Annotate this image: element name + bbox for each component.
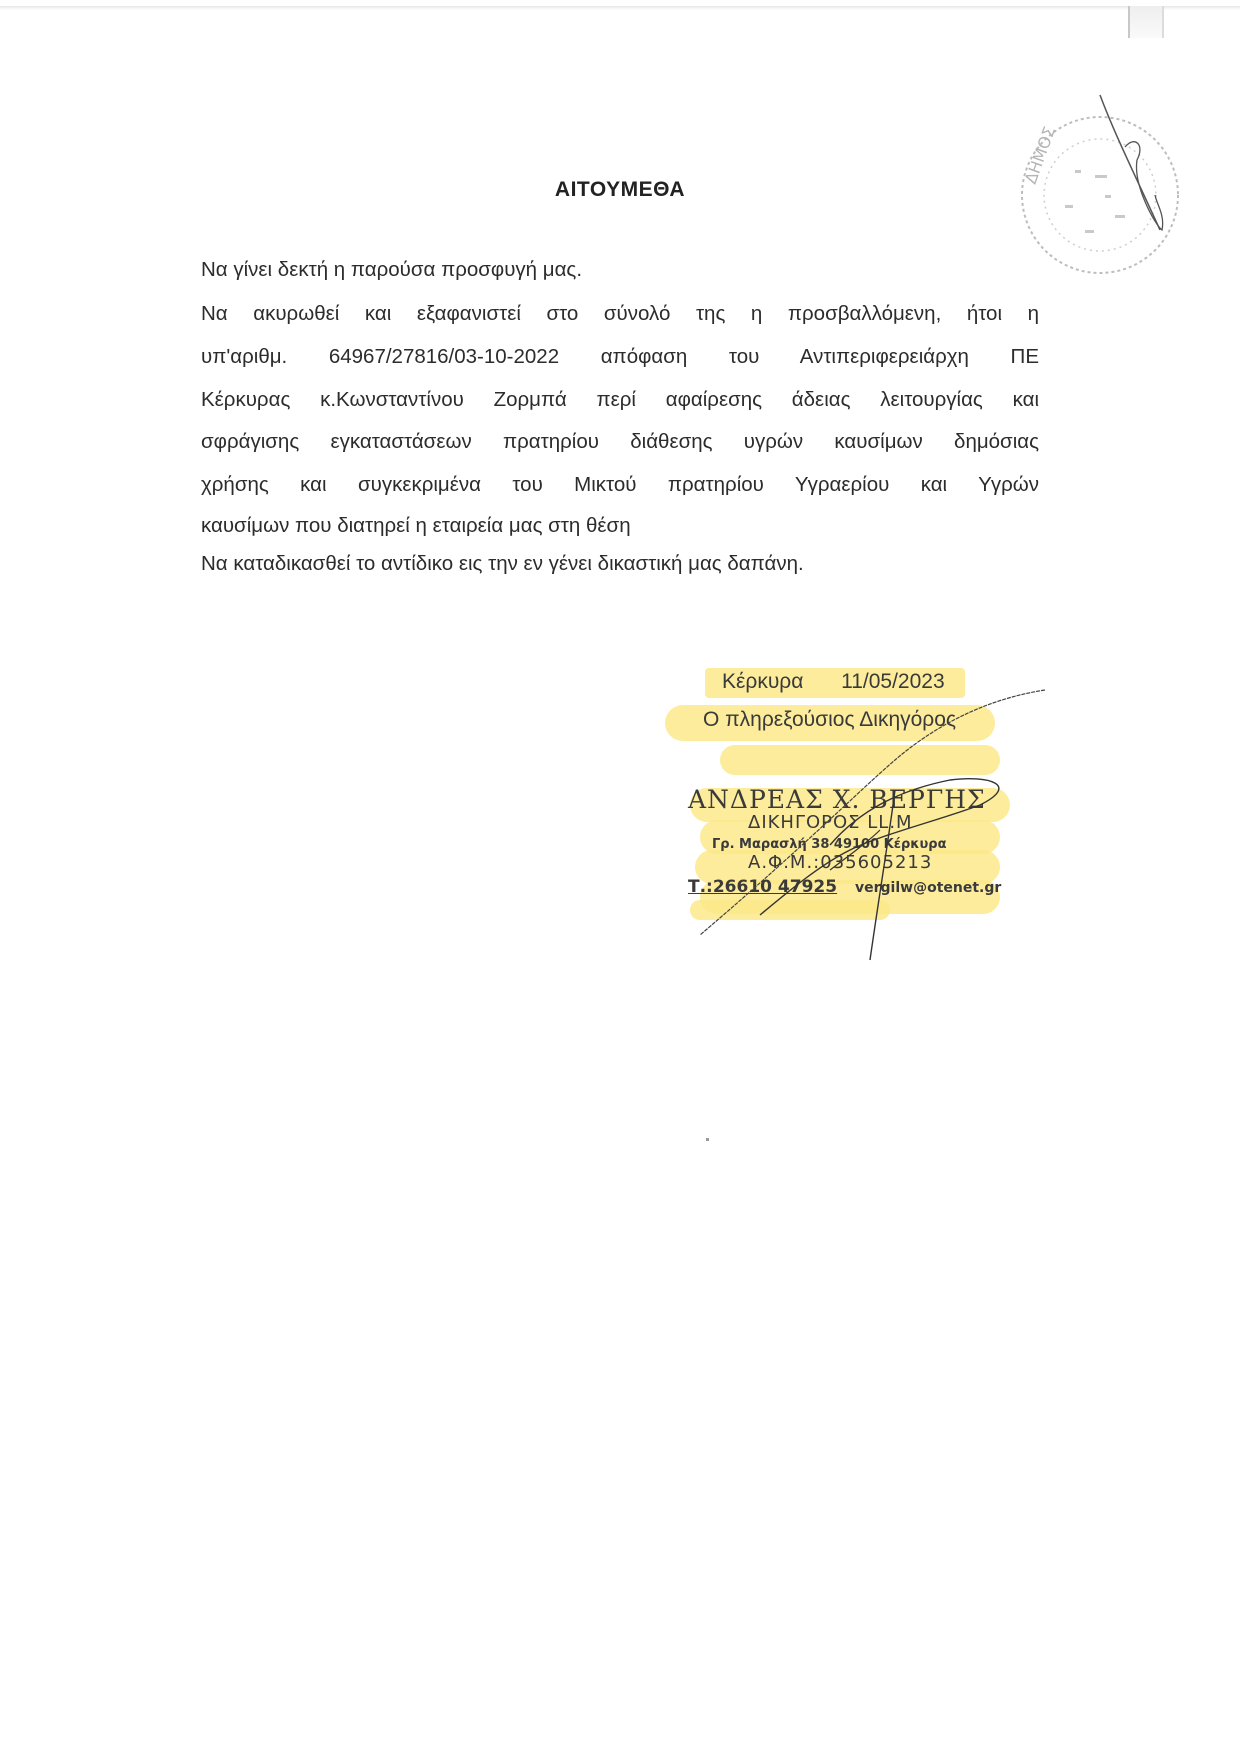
request-line-7: καυσίμων που διατηρεί η εταιρεία μας στη… bbox=[201, 514, 1039, 538]
request-line-6: χρήσης και συγκεκριμένα του Μικτού πρατη… bbox=[201, 473, 1039, 497]
handwritten-signature-icon bbox=[680, 670, 1050, 970]
document-title: ΑΙΤΟΥΜΕΘΑ bbox=[0, 178, 1240, 202]
request-line-5: σφράγισης εγκαταστάσεων πρατηρίου διάθεσ… bbox=[201, 430, 1039, 454]
request-line-2: Να ακυρωθεί και εξαφανιστεί στο σύνολό τ… bbox=[201, 302, 1039, 326]
svg-text:ΔΗΜΟΣ: ΔΗΜΟΣ bbox=[1021, 124, 1059, 186]
request-line-3: υπ'αριθμ. 64967/27816/03-10-2022 απόφαση… bbox=[201, 345, 1039, 369]
scan-top-edge bbox=[0, 6, 1240, 10]
scan-speck bbox=[706, 1138, 709, 1141]
request-line-4: Κέρκυρας κ.Κωνσταντίνου Ζορμπά περί αφαί… bbox=[201, 388, 1039, 412]
scan-tab-mark bbox=[1128, 6, 1164, 38]
request-line-8: Να καταδικασθεί το αντίδικο εις την εν γ… bbox=[201, 552, 1039, 576]
request-line-1: Να γίνει δεκτή η παρούσα προσφυγή μας. bbox=[201, 258, 1039, 282]
